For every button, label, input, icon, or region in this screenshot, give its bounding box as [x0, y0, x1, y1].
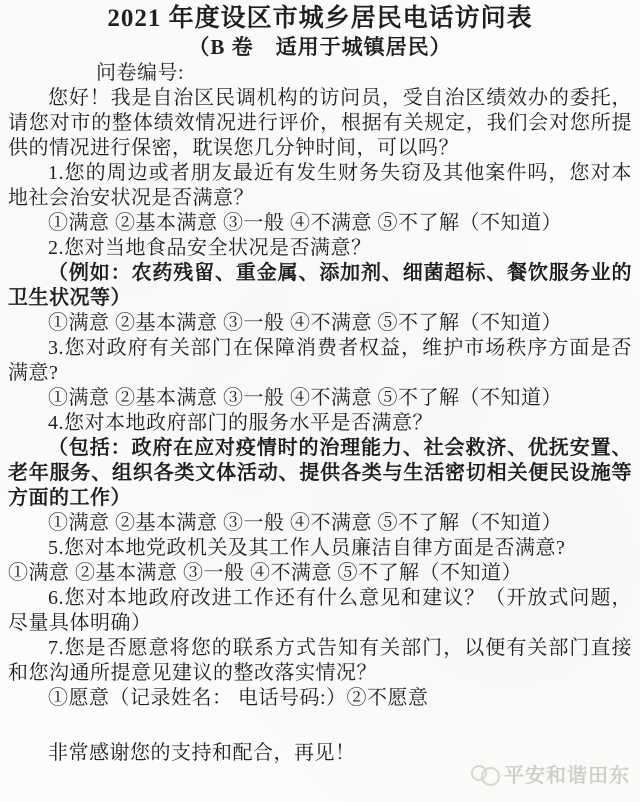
question-2-options: ①满意 ②基本满意 ③一般 ④不满意 ⑤不了解（不知道）	[8, 311, 632, 336]
document-title: 2021 年度设区市城乡居民电话访问表	[8, 4, 632, 34]
questionnaire-number-label: 问卷编号:	[8, 61, 632, 86]
questionnaire-page: 2021 年度设区市城乡居民电话访问表 （B 卷 适用于城镇居民） 问卷编号: …	[0, 0, 640, 802]
dove-logo-icon	[470, 762, 500, 786]
question-7-text: 7.您是否愿意将您的联系方式告知有关部门，以便有关部门直接和您沟通所提意见建议的…	[8, 636, 632, 686]
question-1-options: ①满意 ②基本满意 ③一般 ④不满意 ⑤不了解（不知道）	[8, 211, 632, 236]
question-1-text: 1.您的周边或者朋友最近有发生财务失窃及其他案件吗，您对本地社会治安状况是否满意…	[8, 161, 632, 211]
question-5-options: ①满意 ②基本满意 ③一般 ④不满意 ⑤不了解（不知道）	[8, 561, 632, 586]
question-2-note: （例如：农药残留、重金属、添加剂、细菌超标、餐饮服务业的卫生状况等）	[8, 261, 632, 311]
question-7-options: ①愿意（记录姓名： 电话号码:）②不愿意	[8, 686, 632, 711]
question-5-text: 5.您对本地党政机关及其工作人员廉洁自律方面是否满意?	[8, 536, 632, 561]
document-subtitle: （B 卷 适用于城镇居民）	[8, 34, 632, 61]
question-4-text: 4.您对本地政府部门的服务水平是否满意？	[8, 411, 632, 436]
question-4-options: ①满意 ②基本满意 ③一般 ④不满意 ⑤不了解（不知道）	[8, 511, 632, 536]
question-3-options: ①满意 ②基本满意 ③一般 ④不满意 ⑤不了解（不知道）	[8, 386, 632, 411]
intro-paragraph: 您好！我是自治区民调机构的访问员，受自治区绩效办的委托，请您对市的整体绩效情况进…	[8, 86, 632, 161]
watermark-text: 平安和谐田东	[504, 759, 630, 788]
question-3-text: 3.您对政府有关部门在保障消费者权益，维护市场秩序方面是否满意?	[8, 336, 632, 386]
question-2-text: 2.您对当地食品安全状况是否满意？	[8, 236, 632, 261]
question-6-text: 6.您对本地政府改进工作还有什么意见和建议？（开放式问题，尽量具体明确）	[8, 586, 632, 636]
question-4-note: （包括：政府在应对疫情时的治理能力、社会救济、优抚安置、老年服务、组织各类文体活…	[8, 436, 632, 511]
watermark: 平安和谐田东	[470, 759, 630, 788]
